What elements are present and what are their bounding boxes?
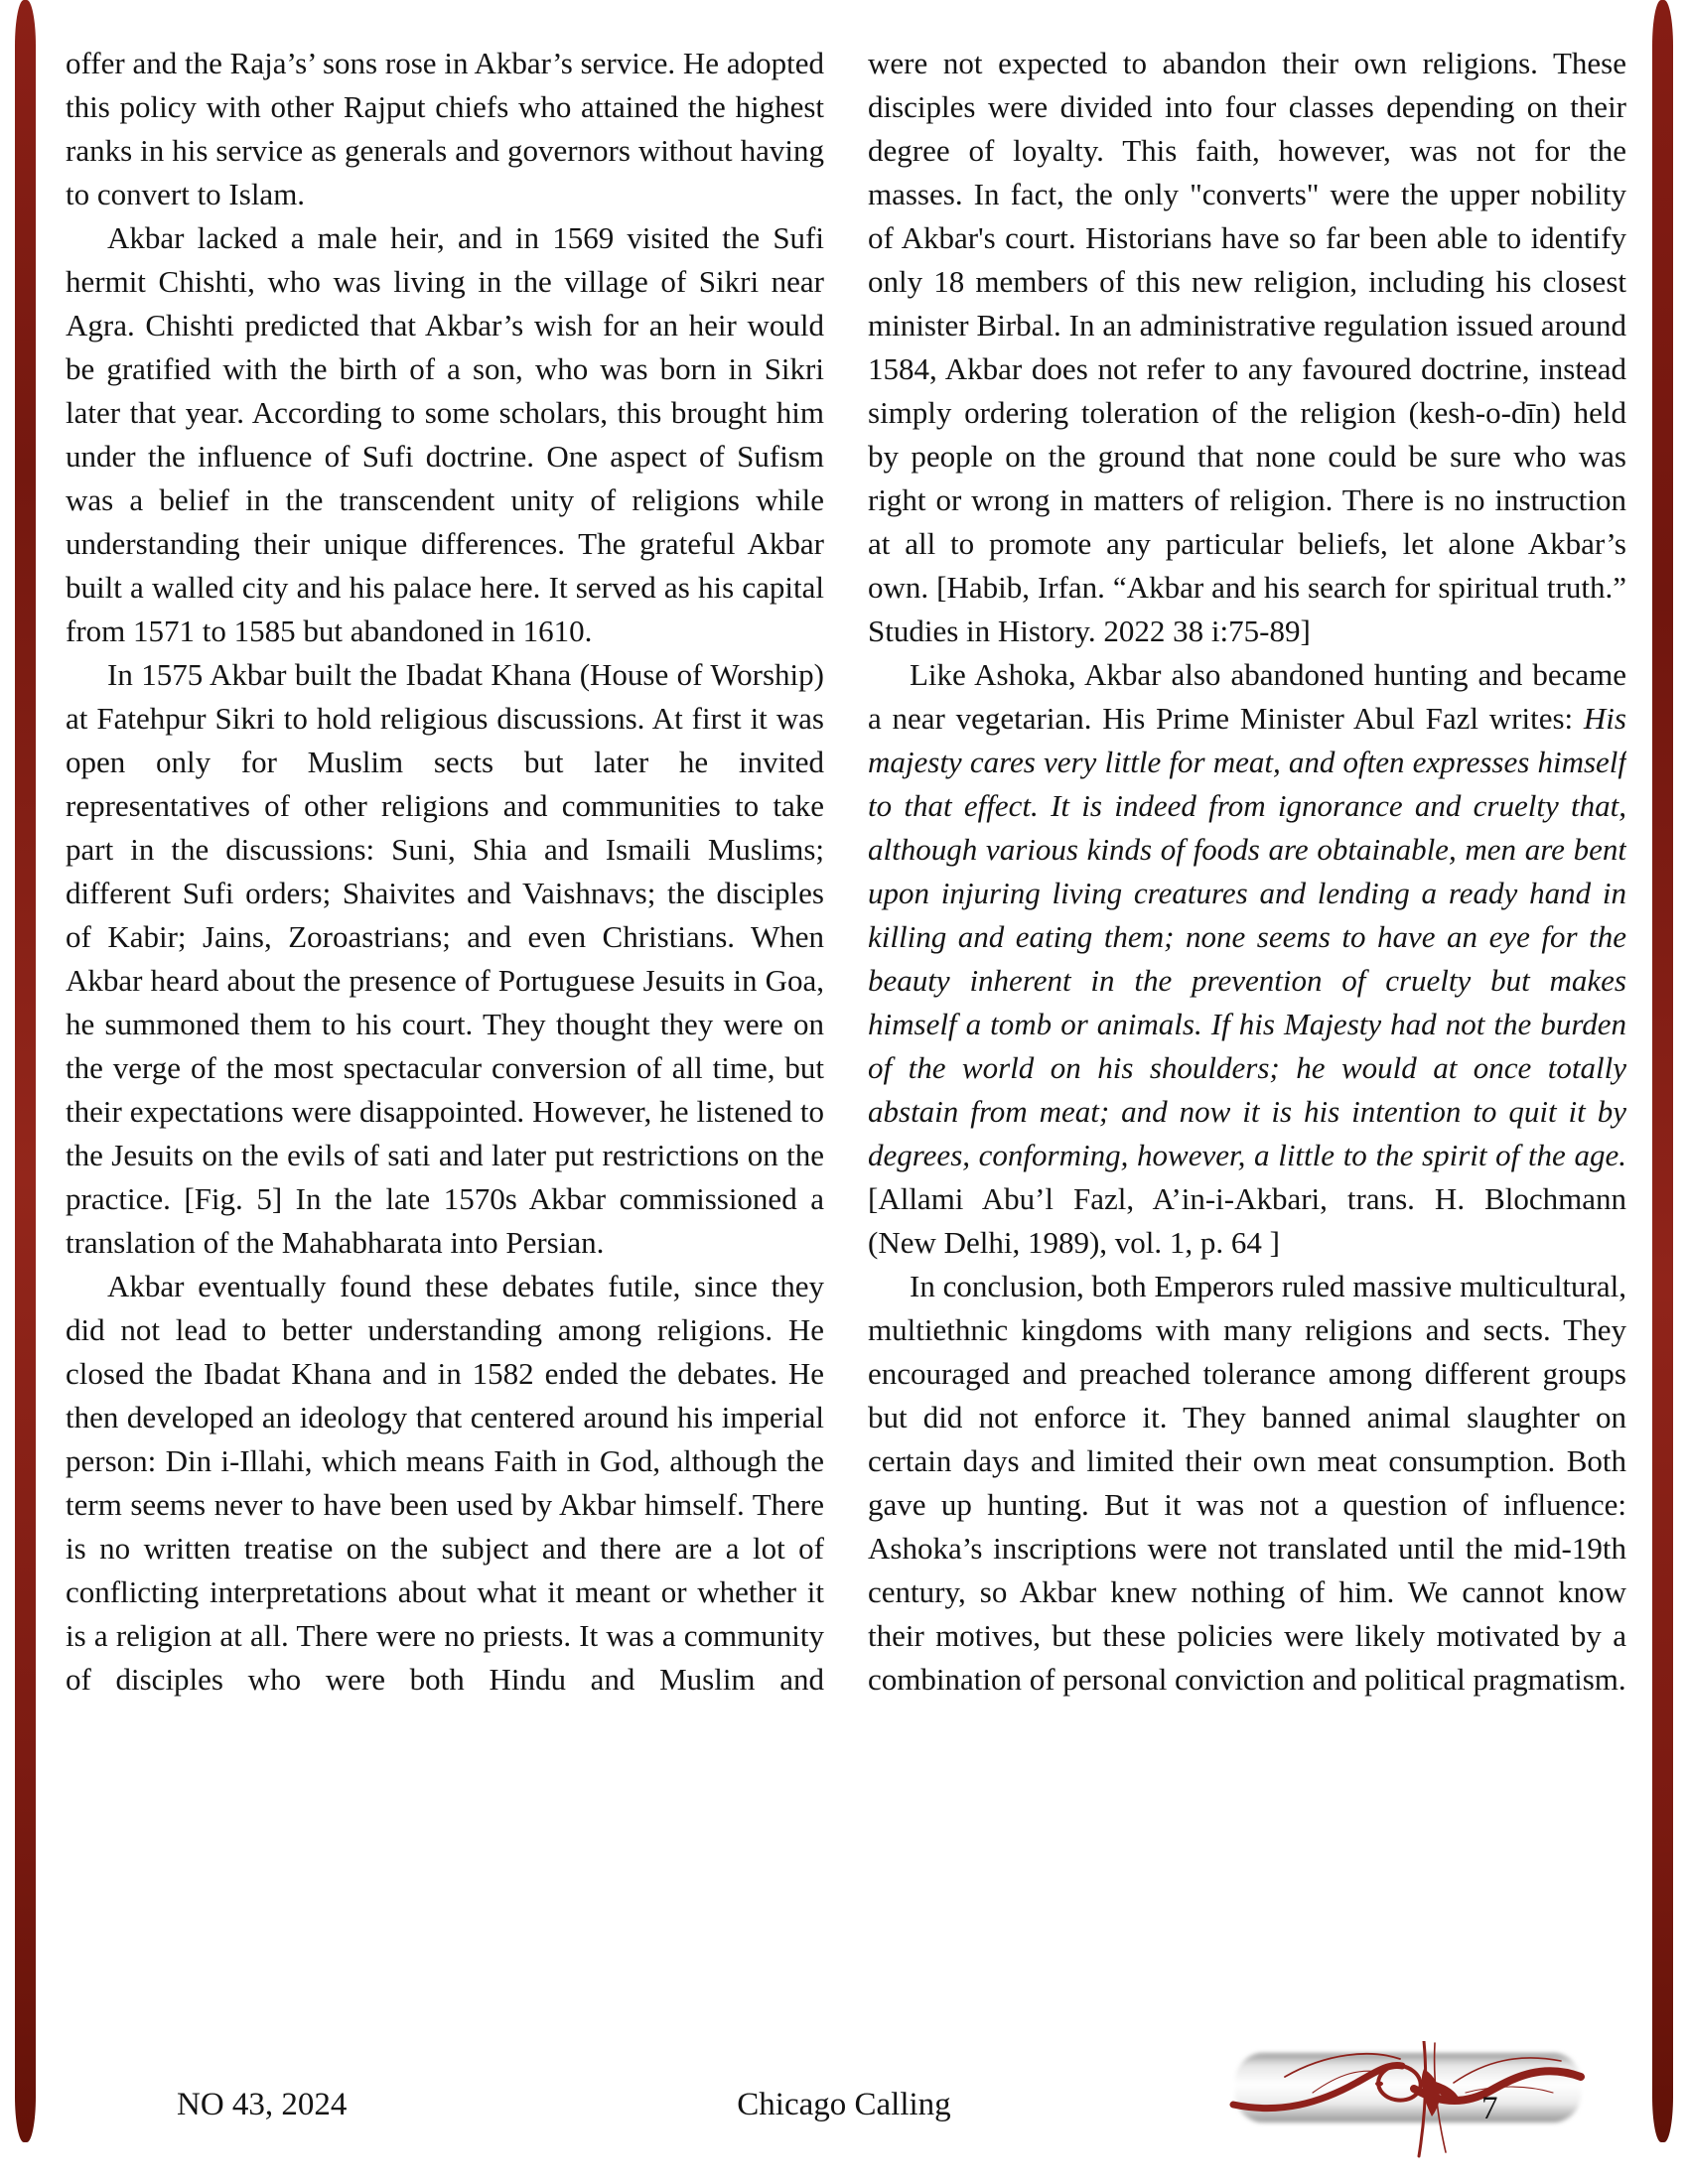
text-segment: In conclusion, both Emperors ruled massi…: [868, 1269, 1626, 1697]
text-column-left: offer and the Raja’s’ sons rose in Akbar…: [66, 42, 824, 2061]
paragraph: In conclusion, both Emperors ruled massi…: [868, 1265, 1626, 1702]
text-segment: were not expected to abandon their own r…: [868, 46, 1626, 648]
red-flourish-graphic: [1229, 2041, 1587, 2158]
paragraph: Akbar lacked a male heir, and in 1569 vi…: [66, 216, 824, 653]
paragraph: Like Ashoka, Akbar also abandoned huntin…: [868, 653, 1626, 1265]
left-red-border-decoration: [15, 0, 36, 2142]
italic-text-segment: His majesty cares very little for meat, …: [868, 701, 1626, 1172]
paragraph: were not expected to abandon their own r…: [868, 42, 1626, 653]
text-segment: Like Ashoka, Akbar also abandoned huntin…: [868, 657, 1626, 736]
paragraph: In 1575 Akbar built the Ibadat Khana (Ho…: [66, 653, 824, 1265]
right-red-border-decoration: [1652, 0, 1673, 2142]
text-segment: In 1575 Akbar built the Ibadat Khana (Ho…: [66, 657, 824, 1260]
paragraph: offer and the Raja’s’ sons rose in Akbar…: [66, 42, 824, 216]
article-page: offer and the Raja’s’ sons rose in Akbar…: [0, 0, 1688, 2184]
text-segment: [Allami Abu’l Fazl, A’in-i-Akbari, trans…: [868, 1181, 1626, 1260]
article-body: offer and the Raja’s’ sons rose in Akbar…: [66, 42, 1626, 2061]
text-segment: offer and the Raja’s’ sons rose in Akbar…: [66, 46, 824, 211]
paragraph: Akbar eventually found these debates fut…: [66, 1265, 824, 1702]
text-segment: Akbar lacked a male heir, and in 1569 vi…: [66, 220, 824, 648]
text-column-right: were not expected to abandon their own r…: [868, 42, 1626, 2061]
text-segment: Akbar eventually found these debates fut…: [66, 1269, 824, 1697]
footer-page-number: 7: [1481, 2091, 1498, 2127]
